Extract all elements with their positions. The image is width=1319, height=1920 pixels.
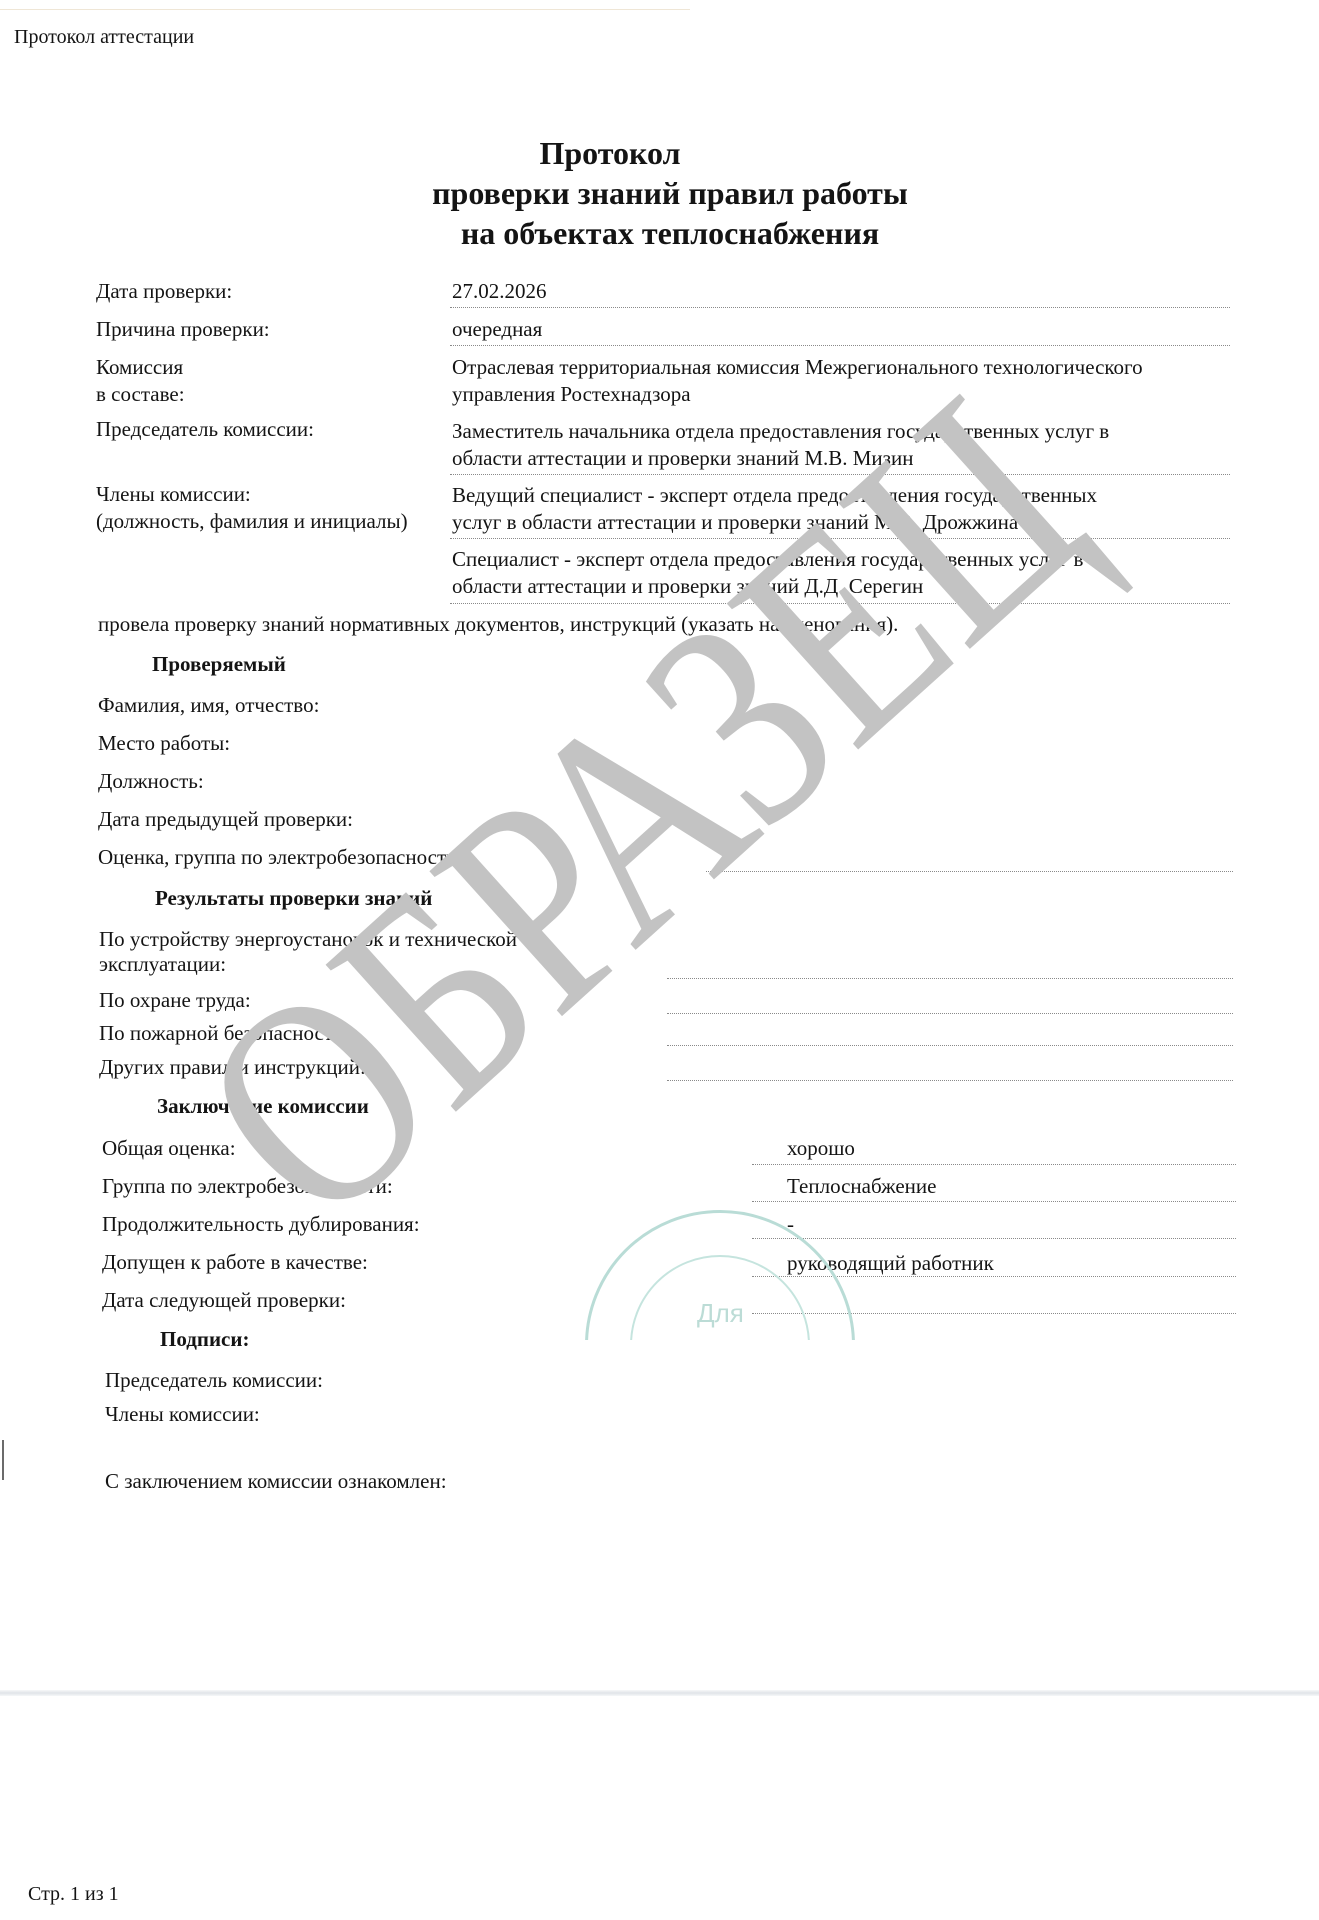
signatures-heading: Подписи: xyxy=(160,1327,249,1352)
reason-value: очередная xyxy=(452,316,542,343)
examinee-grade-group-label: Оценка, группа по электробезопасности: xyxy=(98,844,463,871)
overall-grade-value: хорошо xyxy=(787,1135,855,1162)
signature-members-label: Члены комиссии: xyxy=(105,1401,260,1428)
document-title: Протокол проверки знаний правил работы н… xyxy=(380,133,960,253)
examinee-position-label: Должность: xyxy=(98,768,204,795)
next-check-underline xyxy=(752,1313,1236,1314)
commission-label-line-2: в составе: xyxy=(96,381,185,408)
safety-group-value: Теплоснабжение xyxy=(787,1173,936,1200)
acknowledged-label: С заключением комиссии ознакомлен: xyxy=(105,1468,447,1495)
chairman-value-line-2: области аттестации и проверки знаний М.В… xyxy=(452,445,913,472)
results-item-2-underline xyxy=(667,1013,1233,1014)
commission-value-line-1: Отраслевая территориальная комиссия Межр… xyxy=(452,354,1143,381)
chairman-label: Председатель комиссии: xyxy=(96,416,314,443)
members-label-line-2: (должность, фамилия и инициалы) xyxy=(96,508,408,535)
document-header-label: Протокол аттестации xyxy=(14,26,194,49)
results-item-4-underline xyxy=(667,1080,1233,1081)
results-item-4: Других правил и инструкций: xyxy=(99,1054,366,1081)
statement-text: провела проверку знаний нормативных доку… xyxy=(98,611,898,638)
duplication-underline xyxy=(752,1238,1236,1239)
commission-value-line-2: управления Ростехнадзора xyxy=(452,381,691,408)
examinee-full-name-label: Фамилия, имя, отчество: xyxy=(98,692,319,719)
results-item-2: По охране труда: xyxy=(99,987,251,1014)
page-top-edge xyxy=(0,9,690,10)
title-line-2: проверки знаний правил работы xyxy=(380,173,960,213)
safety-group-label: Группа по электробезопасности: xyxy=(102,1173,393,1200)
duplication-label: Продолжительность дублирования: xyxy=(102,1211,420,1238)
member-1-underline xyxy=(450,538,1230,539)
stamp-inner-ring xyxy=(630,1255,810,1340)
results-item-1-underline xyxy=(667,978,1233,979)
overall-grade-underline xyxy=(752,1164,1236,1165)
page-number: Стр. 1 из 1 xyxy=(28,1883,119,1906)
member-1-line-1: Ведущий специалист - эксперт отдела пред… xyxy=(452,482,1097,509)
date-label: Дата проверки: xyxy=(96,278,232,305)
commission-label-line-1: Комиссия xyxy=(96,354,183,381)
member-2-line-1: Специалист - эксперт отдела предоставлен… xyxy=(452,546,1083,573)
next-check-label: Дата следующей проверки: xyxy=(102,1287,346,1314)
admitted-as-underline xyxy=(752,1276,1236,1277)
member-2-underline xyxy=(450,603,1230,604)
date-value: 27.02.2026 xyxy=(452,278,547,305)
results-item-3: По пожарной безопасности: xyxy=(99,1020,350,1047)
examinee-grade-underline xyxy=(706,871,1233,872)
overall-grade-label: Общая оценка: xyxy=(102,1135,236,1162)
examinee-prev-check-label: Дата предыдущей проверки: xyxy=(98,806,353,833)
title-line-1: Протокол xyxy=(380,133,960,173)
duplication-value: - xyxy=(787,1211,794,1238)
date-underline xyxy=(450,307,1230,308)
chairman-value-line-1: Заместитель начальника отдела предоставл… xyxy=(452,418,1109,445)
admitted-as-value: руководящий работник xyxy=(787,1250,994,1277)
examinee-heading: Проверяемый xyxy=(152,652,286,677)
member-1-line-2: услуг в области аттестации и проверки зн… xyxy=(452,509,1018,536)
examinee-workplace-label: Место работы: xyxy=(98,730,230,757)
admitted-as-label: Допущен к работе в качестве: xyxy=(102,1249,368,1276)
reason-label: Причина проверки: xyxy=(96,316,270,343)
title-line-3: на объектах теплоснабжения xyxy=(380,213,960,253)
safety-group-underline xyxy=(752,1201,1236,1202)
scan-edge-mark xyxy=(2,1440,4,1480)
members-label-line-1: Члены комиссии: xyxy=(96,481,251,508)
results-item-1-line-2: эксплуатации: xyxy=(99,951,226,978)
reason-underline xyxy=(450,345,1230,346)
conclusion-heading: Заключение комиссии xyxy=(157,1094,369,1119)
results-item-1-line-1: По устройству энергоустановок и техничес… xyxy=(99,926,517,953)
scan-artifact-band xyxy=(0,1690,1319,1696)
member-2-line-2: области аттестации и проверки знаний Д.Д… xyxy=(452,573,923,600)
chairman-underline xyxy=(450,474,1230,475)
results-heading: Результаты проверки знаний xyxy=(155,886,432,911)
stamp-center-text: Для xyxy=(697,1298,744,1329)
results-item-3-underline xyxy=(667,1045,1233,1046)
signature-chairman-label: Председатель комиссии: xyxy=(105,1367,323,1394)
